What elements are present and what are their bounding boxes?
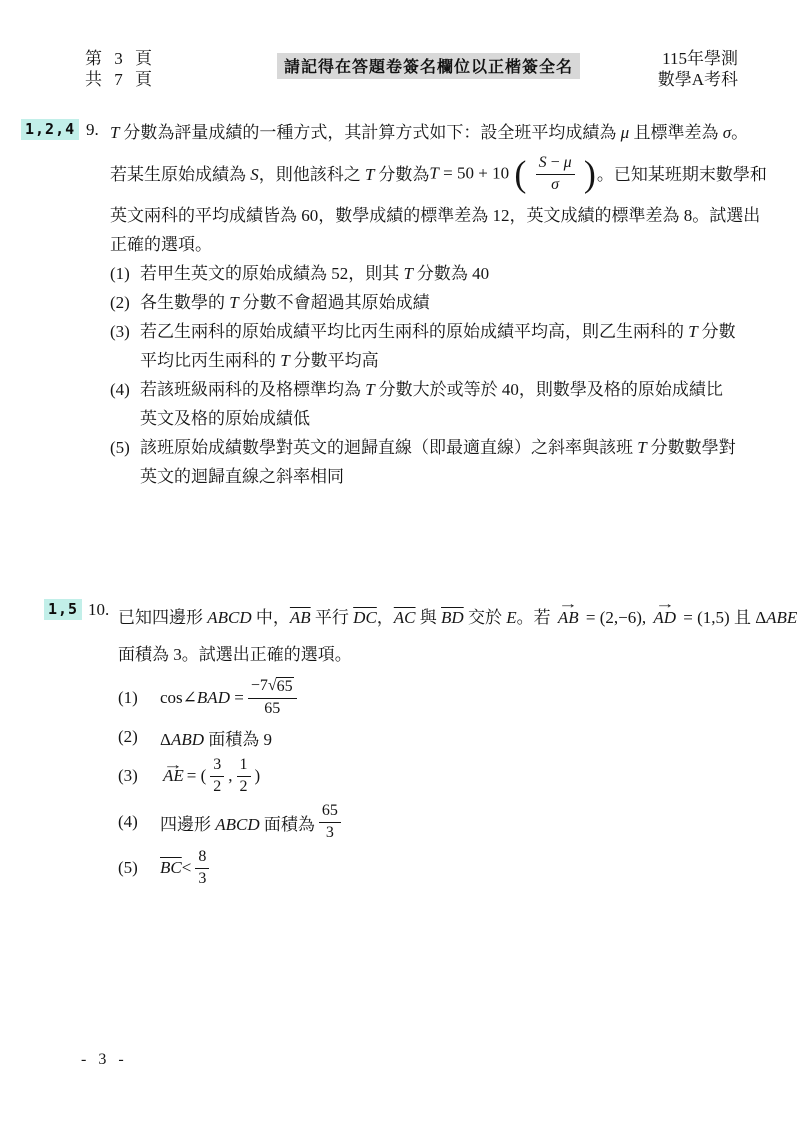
- fraction-denominator: 65: [264, 699, 280, 719]
- equals-open-paren: = (: [187, 766, 207, 786]
- cosine-expression: cos∠BAD =: [160, 688, 244, 708]
- fraction-numerator: S − μ: [536, 154, 575, 175]
- text-run: 。已知某班期末數學和: [597, 165, 767, 184]
- fraction-denominator: 2: [213, 777, 221, 797]
- fraction: 65 3: [319, 802, 341, 843]
- text-run: =: [230, 688, 244, 707]
- option-label: (4): [118, 812, 160, 832]
- text-run: T: [365, 380, 378, 399]
- option-row-5: (5) BC < 8 3: [118, 845, 788, 891]
- page-indicator: 第 3 頁 共 7 頁: [85, 48, 156, 90]
- text-run: = (2,−6),: [582, 608, 651, 627]
- option-row-2: (2) 各生數學的 T 分數不會超過其原始成績: [110, 288, 780, 317]
- text-run: 分數大於或等於 40，則數學及格的原始成績比: [379, 380, 723, 399]
- option-label: (3): [118, 766, 160, 786]
- exam-subject: 數學A考科: [658, 69, 738, 90]
- text-run: ，則他該科之: [259, 165, 365, 184]
- text-run: AC: [394, 608, 416, 627]
- text-run: T: [280, 351, 293, 370]
- question-10: 1,5 10. 已知四邊形 ABCD 中，AB 平行 DC，AC 與 BD 交於…: [0, 598, 800, 891]
- question-text-line: 正確的選項。: [110, 230, 780, 259]
- text-run: 中，: [252, 608, 290, 627]
- option-label: (1): [118, 688, 160, 708]
- right-paren: ): [584, 157, 596, 190]
- option-row-2: (2) ΔABD 面積為 9: [118, 721, 788, 753]
- formula-post-text: 。已知某班期末數學和: [597, 160, 767, 189]
- segment-BC: BC: [160, 858, 182, 878]
- text-run: 已知四邊形: [118, 608, 207, 627]
- text-run: ABCD: [215, 815, 259, 834]
- fraction-numerator: −7√65: [248, 677, 297, 699]
- option-row-4: (4) 若該班級兩科的及格標準均為 T 分數大於或等於 40，則數學及格的原始成…: [110, 375, 780, 404]
- option-label: (2): [110, 288, 140, 317]
- text-run: T: [404, 264, 417, 283]
- text-run: μ: [564, 154, 572, 171]
- option-text-continuation: 英文的迴歸直線之斜率相同: [110, 462, 780, 491]
- question-text-line: 已知四邊形 ABCD 中，AB 平行 DC，AC 與 BD 交於 E。若 AB …: [118, 598, 788, 634]
- option-text: 各生數學的 T 分數不會超過其原始成績: [140, 288, 430, 317]
- option-row-4: (4) 四邊形 ABCD 面積為 65 3: [118, 799, 788, 845]
- text-run: S: [539, 154, 547, 171]
- option-text: 四邊形 ABCD 面積為: [160, 810, 315, 835]
- fraction: S − μ σ: [536, 154, 575, 195]
- text-run: AD: [653, 605, 676, 631]
- footer-page-number: - 3 -: [81, 1051, 128, 1069]
- fraction: 8 3: [195, 848, 209, 889]
- fraction-denominator: σ: [551, 175, 559, 195]
- text-run: AB: [558, 605, 579, 631]
- question-body-q10: 已知四邊形 ABCD 中，AB 平行 DC，AC 與 BD 交於 E。若 AB …: [118, 598, 788, 891]
- text-run: 且標準差為: [629, 123, 723, 142]
- text-run: 若某生原始成績為: [110, 165, 250, 184]
- text-run: T: [229, 293, 242, 312]
- formula-pre-text: 若某生原始成績為 S，則他該科之 T 分數為: [110, 160, 429, 189]
- text-run: 各生數學的: [140, 293, 229, 312]
- option-text: ΔABD 面積為 9: [160, 725, 272, 750]
- text-run: T: [688, 322, 701, 341]
- option-label: (5): [118, 858, 160, 878]
- text-run: cos: [160, 688, 183, 707]
- formula-variable-T: T: [429, 163, 438, 182]
- text-run: 正確的選項。: [110, 235, 212, 254]
- question-text-line: 面積為 3。試選出正確的選項。: [118, 640, 788, 669]
- signature-notice: 請記得在答題卷簽名欄位以正楷簽全名: [277, 53, 580, 79]
- text-run: DC: [353, 608, 377, 627]
- answer-key-badge-q10: 1,5: [44, 599, 82, 620]
- text-run: 。: [731, 123, 748, 142]
- vector-AE: AE: [163, 766, 184, 786]
- text-run: Δ: [160, 730, 171, 749]
- comma: ,: [228, 766, 232, 786]
- text-run: 面積為 3。試選出正確的選項。: [118, 645, 352, 664]
- text-run: T: [365, 165, 378, 184]
- text-run: σ: [723, 123, 731, 142]
- option-row-3: (3) 若乙生兩科的原始成績平均比丙生兩科的原始成績平均高，則乙生兩科的 T 分…: [110, 317, 780, 346]
- text-run: 若該班級兩科的及格標準均為: [140, 380, 365, 399]
- page-header: 第 3 頁 共 7 頁 請記得在答題卷簽名欄位以正楷簽全名 115年學測 數學A…: [0, 46, 800, 92]
- exam-info: 115年學測 數學A考科: [658, 48, 738, 90]
- fraction-numerator: 8: [195, 848, 209, 869]
- text-run: 英文兩科的平均成績皆為 60，數學成績的標準差為 12，英文成績的標準差為 8。…: [110, 206, 760, 225]
- option-label: (1): [110, 259, 140, 288]
- text-run: 分數平均高: [294, 351, 379, 370]
- option-text: 該班原始成績數學對英文的迴歸直線（即最適直線）之斜率與該班 T 分數數學對: [140, 433, 736, 462]
- equals-sign: =: [443, 163, 457, 182]
- option-label: (3): [110, 317, 140, 346]
- text-run: AB: [290, 608, 311, 627]
- fraction-denominator: 3: [326, 823, 334, 843]
- text-run: −: [547, 154, 564, 171]
- fraction: −7√65 65: [248, 677, 297, 719]
- plus-sign: +: [478, 163, 492, 182]
- text-run: 分數: [702, 322, 736, 341]
- question-text-line: T 分數為評量成績的一種方式，其計算方式如下：設全班平均成績為 μ 且標準差為 …: [110, 118, 780, 147]
- text-run: 分數為 40: [417, 264, 489, 283]
- text-run: BAD: [197, 688, 230, 707]
- text-run: 分數為: [378, 165, 429, 184]
- option-text-continuation: 平均比丙生兩科的 T 分數平均高: [110, 346, 780, 375]
- question-number-q9: 9.: [86, 120, 99, 140]
- text-run: T: [637, 438, 650, 457]
- page-indicator-total: 共 7 頁: [85, 69, 156, 90]
- option-row-1: (1) 若甲生英文的原始成績為 52，則其 T 分數為 40: [110, 259, 780, 288]
- text-run: Δ: [755, 608, 766, 627]
- radical: √65: [268, 677, 294, 697]
- t-score-formula: T = 50 + 10 ( S − μ σ ): [429, 154, 596, 195]
- text-run: T: [110, 123, 123, 142]
- left-paren: (: [514, 157, 526, 190]
- text-run: 四邊形: [160, 815, 215, 834]
- fraction: 3 2: [210, 756, 224, 797]
- text-run: E: [506, 608, 516, 627]
- constant-10: 10: [492, 163, 509, 182]
- fraction-numerator: 65: [319, 802, 341, 823]
- text-run: 分數不會超過其原始成績: [243, 293, 430, 312]
- text-run: 平均比丙生兩科的: [140, 351, 280, 370]
- exam-year: 115年學測: [658, 48, 738, 69]
- text-run: 分數為評量成績的一種方式，其計算方式如下：設全班平均成績為: [123, 123, 620, 142]
- text-run: 交於: [464, 608, 507, 627]
- fraction-numerator: 3: [210, 756, 224, 777]
- question-text-line-formula: 若某生原始成績為 S，則他該科之 T 分數為 T = 50 + 10 ( S −…: [110, 147, 780, 201]
- numerator-coefficient: −7: [251, 677, 268, 694]
- text-run: 與: [416, 608, 442, 627]
- page-indicator-current: 第 3 頁: [85, 48, 156, 69]
- option-text: 若甲生英文的原始成績為 52，則其 T 分數為 40: [140, 259, 489, 288]
- text-run: 若乙生兩科的原始成績平均比丙生兩科的原始成績平均高，則乙生兩科的: [140, 322, 688, 341]
- option-text: 若該班級兩科的及格標準均為 T 分數大於或等於 40，則數學及格的原始成績比: [140, 375, 723, 404]
- option-label: (5): [110, 433, 140, 462]
- less-than-sign: <: [182, 858, 192, 878]
- text-run: 面積為: [260, 815, 315, 834]
- close-paren: ): [255, 766, 261, 786]
- text-run: ABE: [766, 608, 797, 627]
- question-number-q10: 10.: [88, 600, 109, 620]
- text-run: S: [250, 165, 259, 184]
- option-row-1: (1) cos∠BAD = −7√65 65: [118, 675, 788, 721]
- exam-page: 第 3 頁 共 7 頁 請記得在答題卷簽名欄位以正楷簽全名 115年學測 數學A…: [0, 0, 800, 1132]
- text-run: 面積為 9: [204, 730, 272, 749]
- text-run: ，: [377, 608, 394, 627]
- option-row-3: (3) AE = ( 3 2 , 1 2 ): [118, 753, 788, 799]
- option-row-5: (5) 該班原始成績數學對英文的迴歸直線（即最適直線）之斜率與該班 T 分數數學…: [110, 433, 780, 462]
- text-run: 若甲生英文的原始成績為 52，則其: [140, 264, 404, 283]
- option-label: (2): [118, 727, 160, 747]
- fraction-denominator: 2: [240, 777, 248, 797]
- text-run: ABCD: [207, 608, 251, 627]
- text-run: ∠: [183, 688, 197, 707]
- text-run: 平行: [311, 608, 354, 627]
- text-run: 分數數學對: [651, 438, 736, 457]
- question-body-q9: T 分數為評量成績的一種方式，其計算方式如下：設全班平均成績為 μ 且標準差為 …: [110, 118, 780, 491]
- option-text-continuation: 英文及格的原始成績低: [110, 404, 780, 433]
- option-text: 若乙生兩科的原始成績平均比丙生兩科的原始成績平均高，則乙生兩科的 T 分數: [140, 317, 736, 346]
- text-run: 英文的迴歸直線之斜率相同: [140, 467, 344, 486]
- constant-50: 50: [457, 163, 474, 182]
- text-run: = (1,5): [679, 608, 734, 627]
- option-label: (4): [110, 375, 140, 404]
- question-9: 1,2,4 9. T 分數為評量成績的一種方式，其計算方式如下：設全班平均成績為…: [0, 118, 800, 491]
- fraction: 1 2: [237, 756, 251, 797]
- fraction-numerator: 1: [237, 756, 251, 777]
- text-run: 。若: [517, 608, 555, 627]
- text-run: BD: [441, 608, 464, 627]
- radicand: 65: [276, 677, 294, 697]
- text-run: 英文及格的原始成績低: [140, 409, 310, 428]
- question-text-line: 英文兩科的平均成績皆為 60，數學成績的標準差為 12，英文成績的標準差為 8。…: [110, 201, 780, 230]
- fraction-denominator: 3: [198, 869, 206, 889]
- text-run: ABD: [171, 730, 204, 749]
- answer-key-badge-q9: 1,2,4: [21, 119, 79, 140]
- text-run: 該班原始成績數學對英文的迴歸直線（即最適直線）之斜率與該班: [140, 438, 637, 457]
- text-run: μ: [621, 123, 630, 142]
- text-run: 且: [734, 608, 755, 627]
